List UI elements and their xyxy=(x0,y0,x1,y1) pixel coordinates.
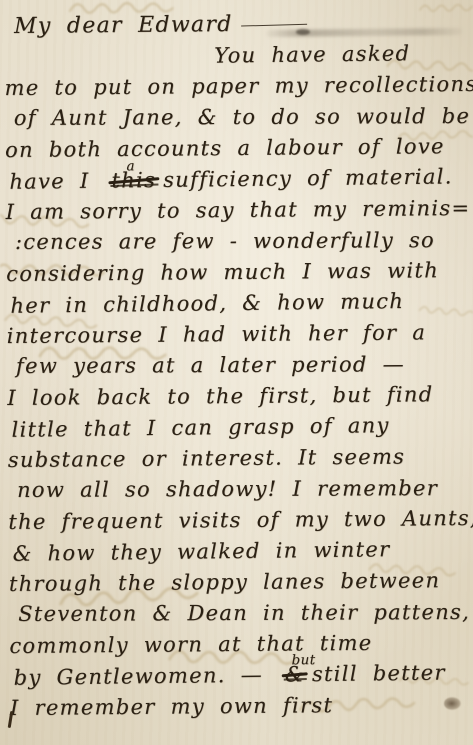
letter-line: I am sorry to say that my reminis= xyxy=(6,193,470,228)
letter-line-with-correction: have I thisasufficiency of material. xyxy=(9,161,469,198)
letter-line: few years at a later period — xyxy=(16,349,471,382)
struck-word: &but xyxy=(285,659,305,690)
letter-line: now all so shadowy! I remember xyxy=(17,473,472,506)
letter-line: :cences are few - wonderfully so xyxy=(15,225,470,258)
letter-line-with-correction: by Gentlewomen. — &butstill better xyxy=(14,657,473,694)
inserted-word: but xyxy=(291,645,315,676)
letter-line: intercourse I had with her for a xyxy=(7,317,471,352)
letter-line: & how they walked in winter xyxy=(12,533,472,570)
line-text-pre: by Gentlewomen. — xyxy=(14,663,278,690)
line-text-pre: have I xyxy=(9,169,104,194)
letter-page: My dear Edward You have asked me to put … xyxy=(0,0,473,745)
ink-blot xyxy=(444,697,461,710)
letter-line: her in childhood, & how much xyxy=(10,285,470,322)
letter-line: the frequent visits of my two Aunts, xyxy=(8,503,472,538)
letter-line: of Aunt Jane, & to do so would be xyxy=(14,101,469,134)
salutation-flourish xyxy=(240,14,306,27)
struck-word: thisa xyxy=(111,165,156,197)
letter-text: My dear Edward You have asked me to put … xyxy=(2,7,473,724)
salutation-line: My dear Edward xyxy=(14,7,468,42)
salutation-text: My dear Edward xyxy=(14,12,233,39)
inserted-word: a xyxy=(126,151,135,182)
letter-line: considering how much I was with xyxy=(6,255,470,290)
letter-line: You have asked xyxy=(214,38,468,72)
letter-line: little that I can grasp of any xyxy=(11,409,471,446)
letter-line: substance or interest. It seems xyxy=(8,441,472,476)
letter-line: I look back to the first, but find xyxy=(7,379,471,414)
letter-line: Steventon & Dean in their pattens, xyxy=(18,597,473,630)
letter-line: through the sloppy lanes between xyxy=(9,565,473,600)
letter-line: commonly worn at that time xyxy=(9,627,473,662)
line-text-post: sufficiency of material. xyxy=(163,164,453,192)
letter-line: me to put on paper my recollections xyxy=(4,69,468,104)
letter-line: I remember my own first xyxy=(10,689,473,724)
line-text-post: still better xyxy=(312,660,446,686)
letter-line: on both accounts a labour of love xyxy=(5,131,469,166)
